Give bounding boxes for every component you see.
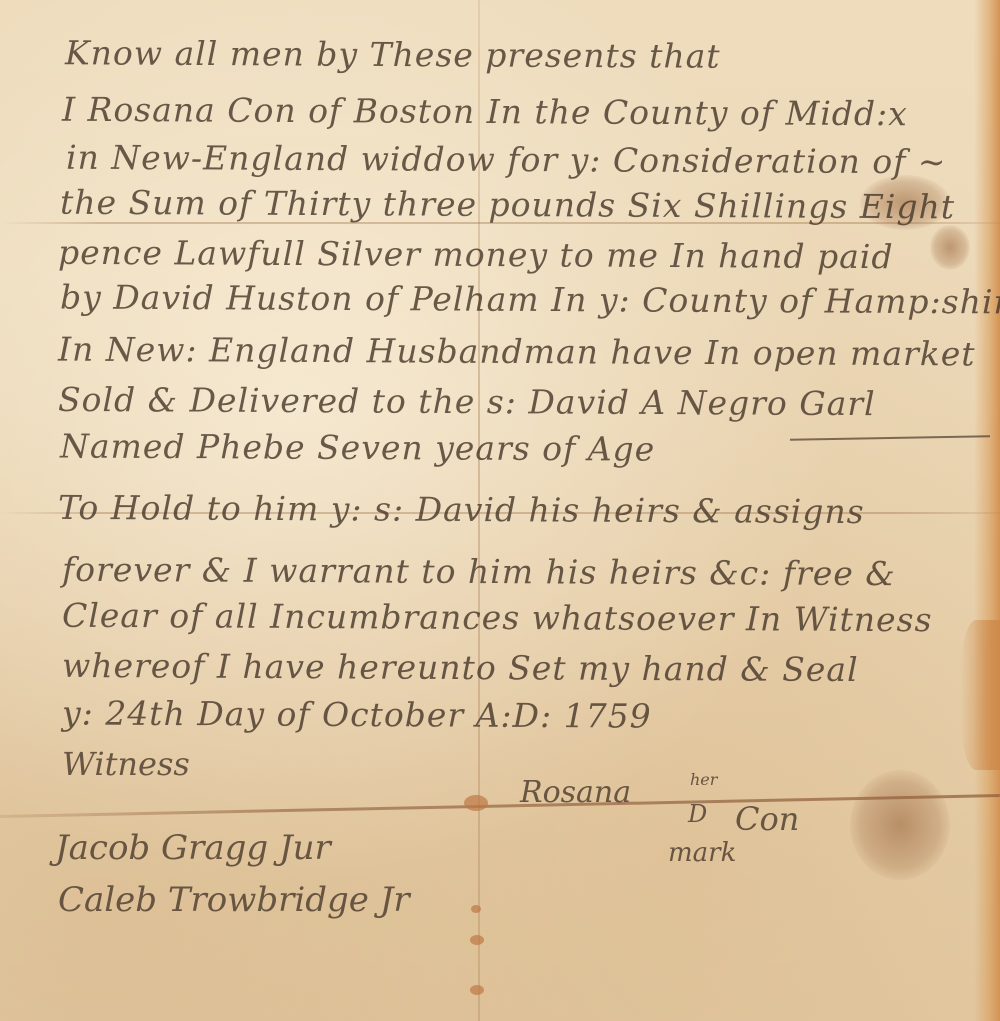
paper-edge-discoloration: [974, 0, 1000, 1021]
body-line: Named Phebe Seven years of Age: [60, 426, 655, 468]
signer-first-name: Rosana: [520, 775, 631, 810]
body-line: pence Lawfull Silver money to me In hand…: [58, 233, 894, 276]
line-fill-flourish: [790, 435, 990, 440]
paper-edge-tear: [960, 620, 1000, 770]
witness-signature: Jacob Gragg Jur: [55, 828, 331, 868]
fold-wear: [470, 935, 484, 945]
signer-mark-glyph: D: [688, 800, 707, 828]
witness-label: Witness: [62, 745, 190, 783]
fold-wear: [471, 905, 481, 913]
fold-wear: [470, 985, 484, 995]
document-page: Know all men by These presents that I Ro…: [0, 0, 1000, 1021]
water-stain-lower: [850, 770, 950, 880]
body-line: In New: England Husbandman have In open …: [58, 330, 976, 374]
body-line: the Sum of Thirty three pounds Six Shill…: [60, 183, 955, 227]
body-line: y: 24th Day of October A:D: 1759: [62, 693, 652, 735]
fold-hole: [464, 795, 488, 811]
body-line: Clear of all Incumbrances whatsoever In …: [62, 596, 933, 640]
signer-mark-label: mark: [668, 838, 736, 868]
signer-last-name: Con: [735, 800, 799, 838]
signer-her-superscript: her: [690, 770, 717, 789]
ink-stain-small: [930, 225, 970, 270]
body-line: forever & I warrant to him his heirs &c:…: [62, 550, 896, 593]
body-line: To Hold to him y: s: David his heirs & a…: [58, 488, 865, 531]
body-line: I Rosana Con of Boston In the County of …: [62, 90, 908, 133]
body-line: Sold & Delivered to the s: David A Negro…: [58, 380, 876, 423]
body-line: whereof I have hereunto Set my hand & Se…: [62, 646, 859, 689]
witness-signature: Caleb Trowbridge Jr: [58, 880, 410, 920]
body-line: in New-England widdow for y: Considerati…: [66, 138, 947, 182]
body-line: Know all men by These presents that: [65, 33, 721, 75]
body-line: by David Huston of Pelham In y: County o…: [60, 277, 1000, 321]
